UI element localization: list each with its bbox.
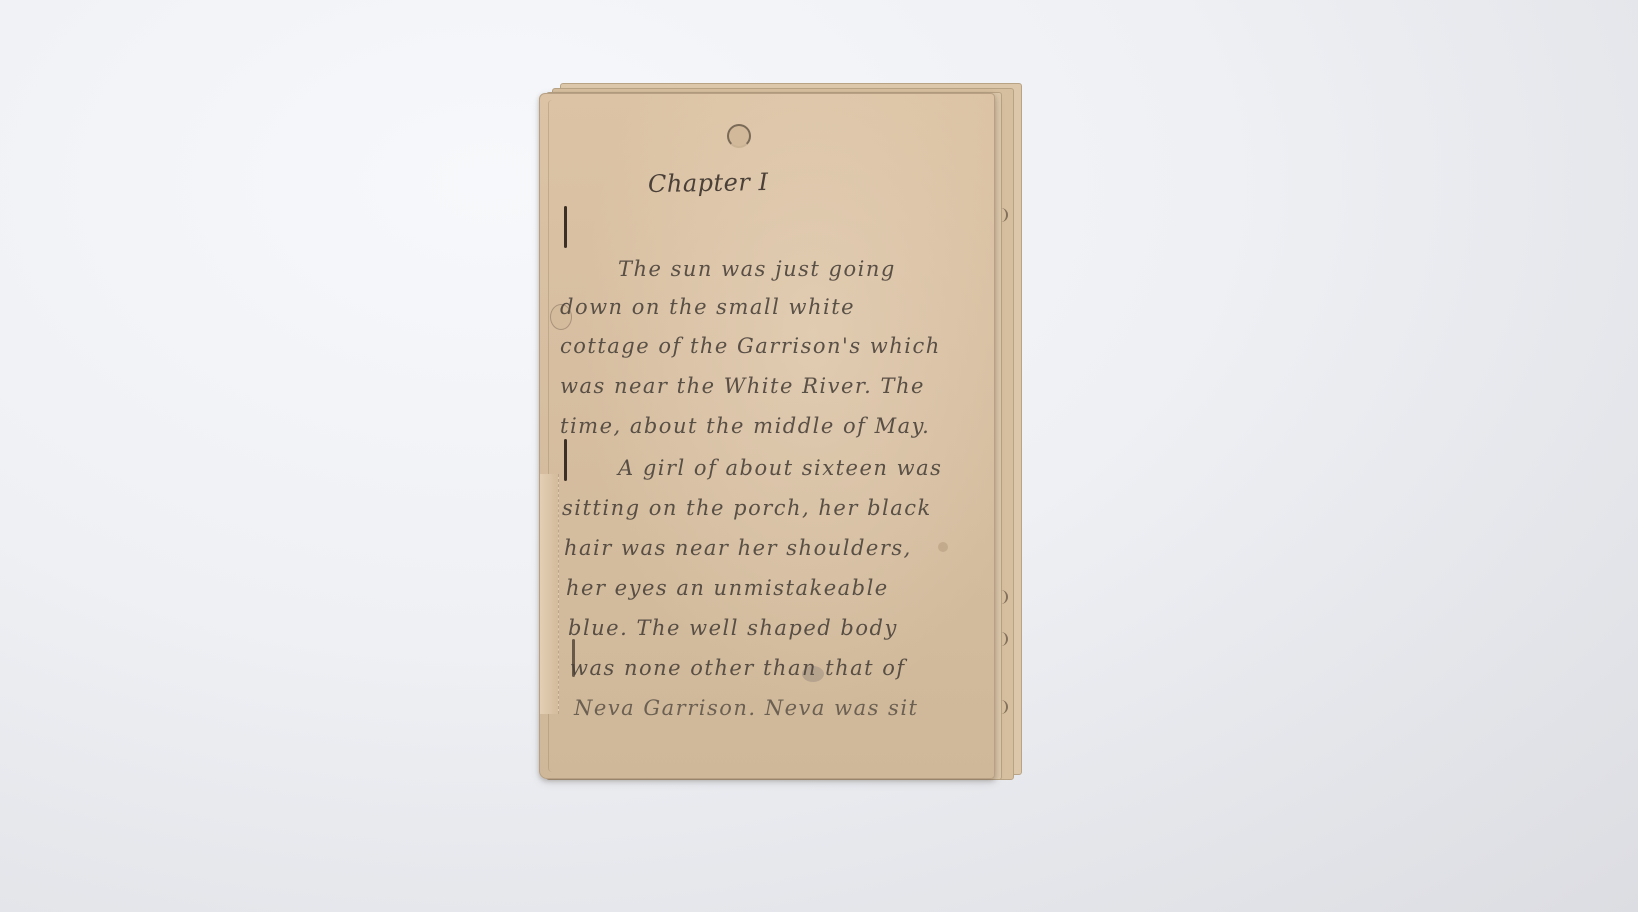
text-line: her eyes an unmistakeable — [566, 576, 889, 600]
text-line: A girl of about sixteen was — [618, 456, 942, 480]
text-line: blue. The well shaped body — [568, 616, 898, 640]
manuscript-page: Chapter I The sun was just going down on… — [539, 93, 995, 779]
text-line: down on the small white — [560, 295, 855, 319]
staple-mark — [564, 206, 567, 248]
text-line: cottage of the Garrison's which — [560, 334, 941, 358]
text-line: The sun was just going — [618, 257, 896, 281]
torn-edge — [540, 474, 559, 714]
manuscript-stack: Chapter I The sun was just going down on… — [0, 0, 1638, 912]
text-line: hair was near her shoulders, — [564, 536, 912, 560]
text-line: was near the White River. The — [560, 374, 925, 398]
text-line: was none other than that of — [570, 656, 906, 680]
text-line: time, about the middle of May. — [560, 414, 930, 438]
staple-mark — [564, 439, 567, 481]
text-line: Neva Garrison. Neva was sit — [574, 696, 919, 720]
chapter-title: Chapter I — [648, 168, 769, 198]
stain — [938, 542, 948, 552]
text-line: sitting on the porch, her black — [562, 496, 932, 520]
punch-hole — [727, 124, 751, 148]
